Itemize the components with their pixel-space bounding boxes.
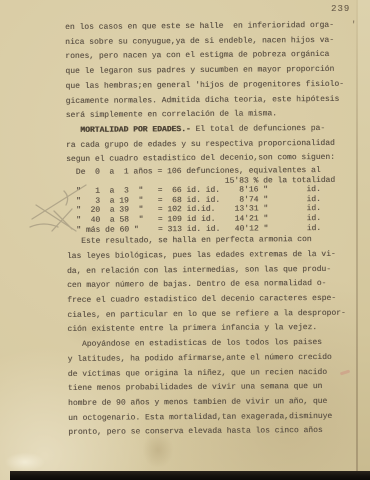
text-line: de víctimas que origina la niñez, que un… [68, 365, 368, 382]
text-line: gicamente normales. Admitida dicha teori… [66, 92, 366, 109]
text-line: que las hembras;en general 'hijos de pro… [65, 77, 365, 94]
text-line: ciales, en particular en lo que se refie… [67, 306, 367, 323]
text-line: un octogenario. Esta mortalidad,tan exag… [68, 409, 368, 426]
page-right-margin [358, 0, 370, 471]
text-line: segun el cuadro estadistico del decenio,… [66, 151, 366, 168]
bottom-scan-shadow [10, 471, 370, 480]
typewritten-text-block: en los casos en que este se halle en inf… [65, 19, 368, 441]
text-line: y latitudes, ha podido afirmarse,ante el… [68, 350, 368, 367]
section-heading: MORTALIDAD POR EDADES.- [80, 125, 190, 135]
text-line: pronto, pero se conserva elevada hasta l… [68, 424, 368, 441]
scanned-document-page: 239 ' en los casos en que este se halle … [0, 0, 370, 480]
page-number: 239 [331, 4, 350, 14]
